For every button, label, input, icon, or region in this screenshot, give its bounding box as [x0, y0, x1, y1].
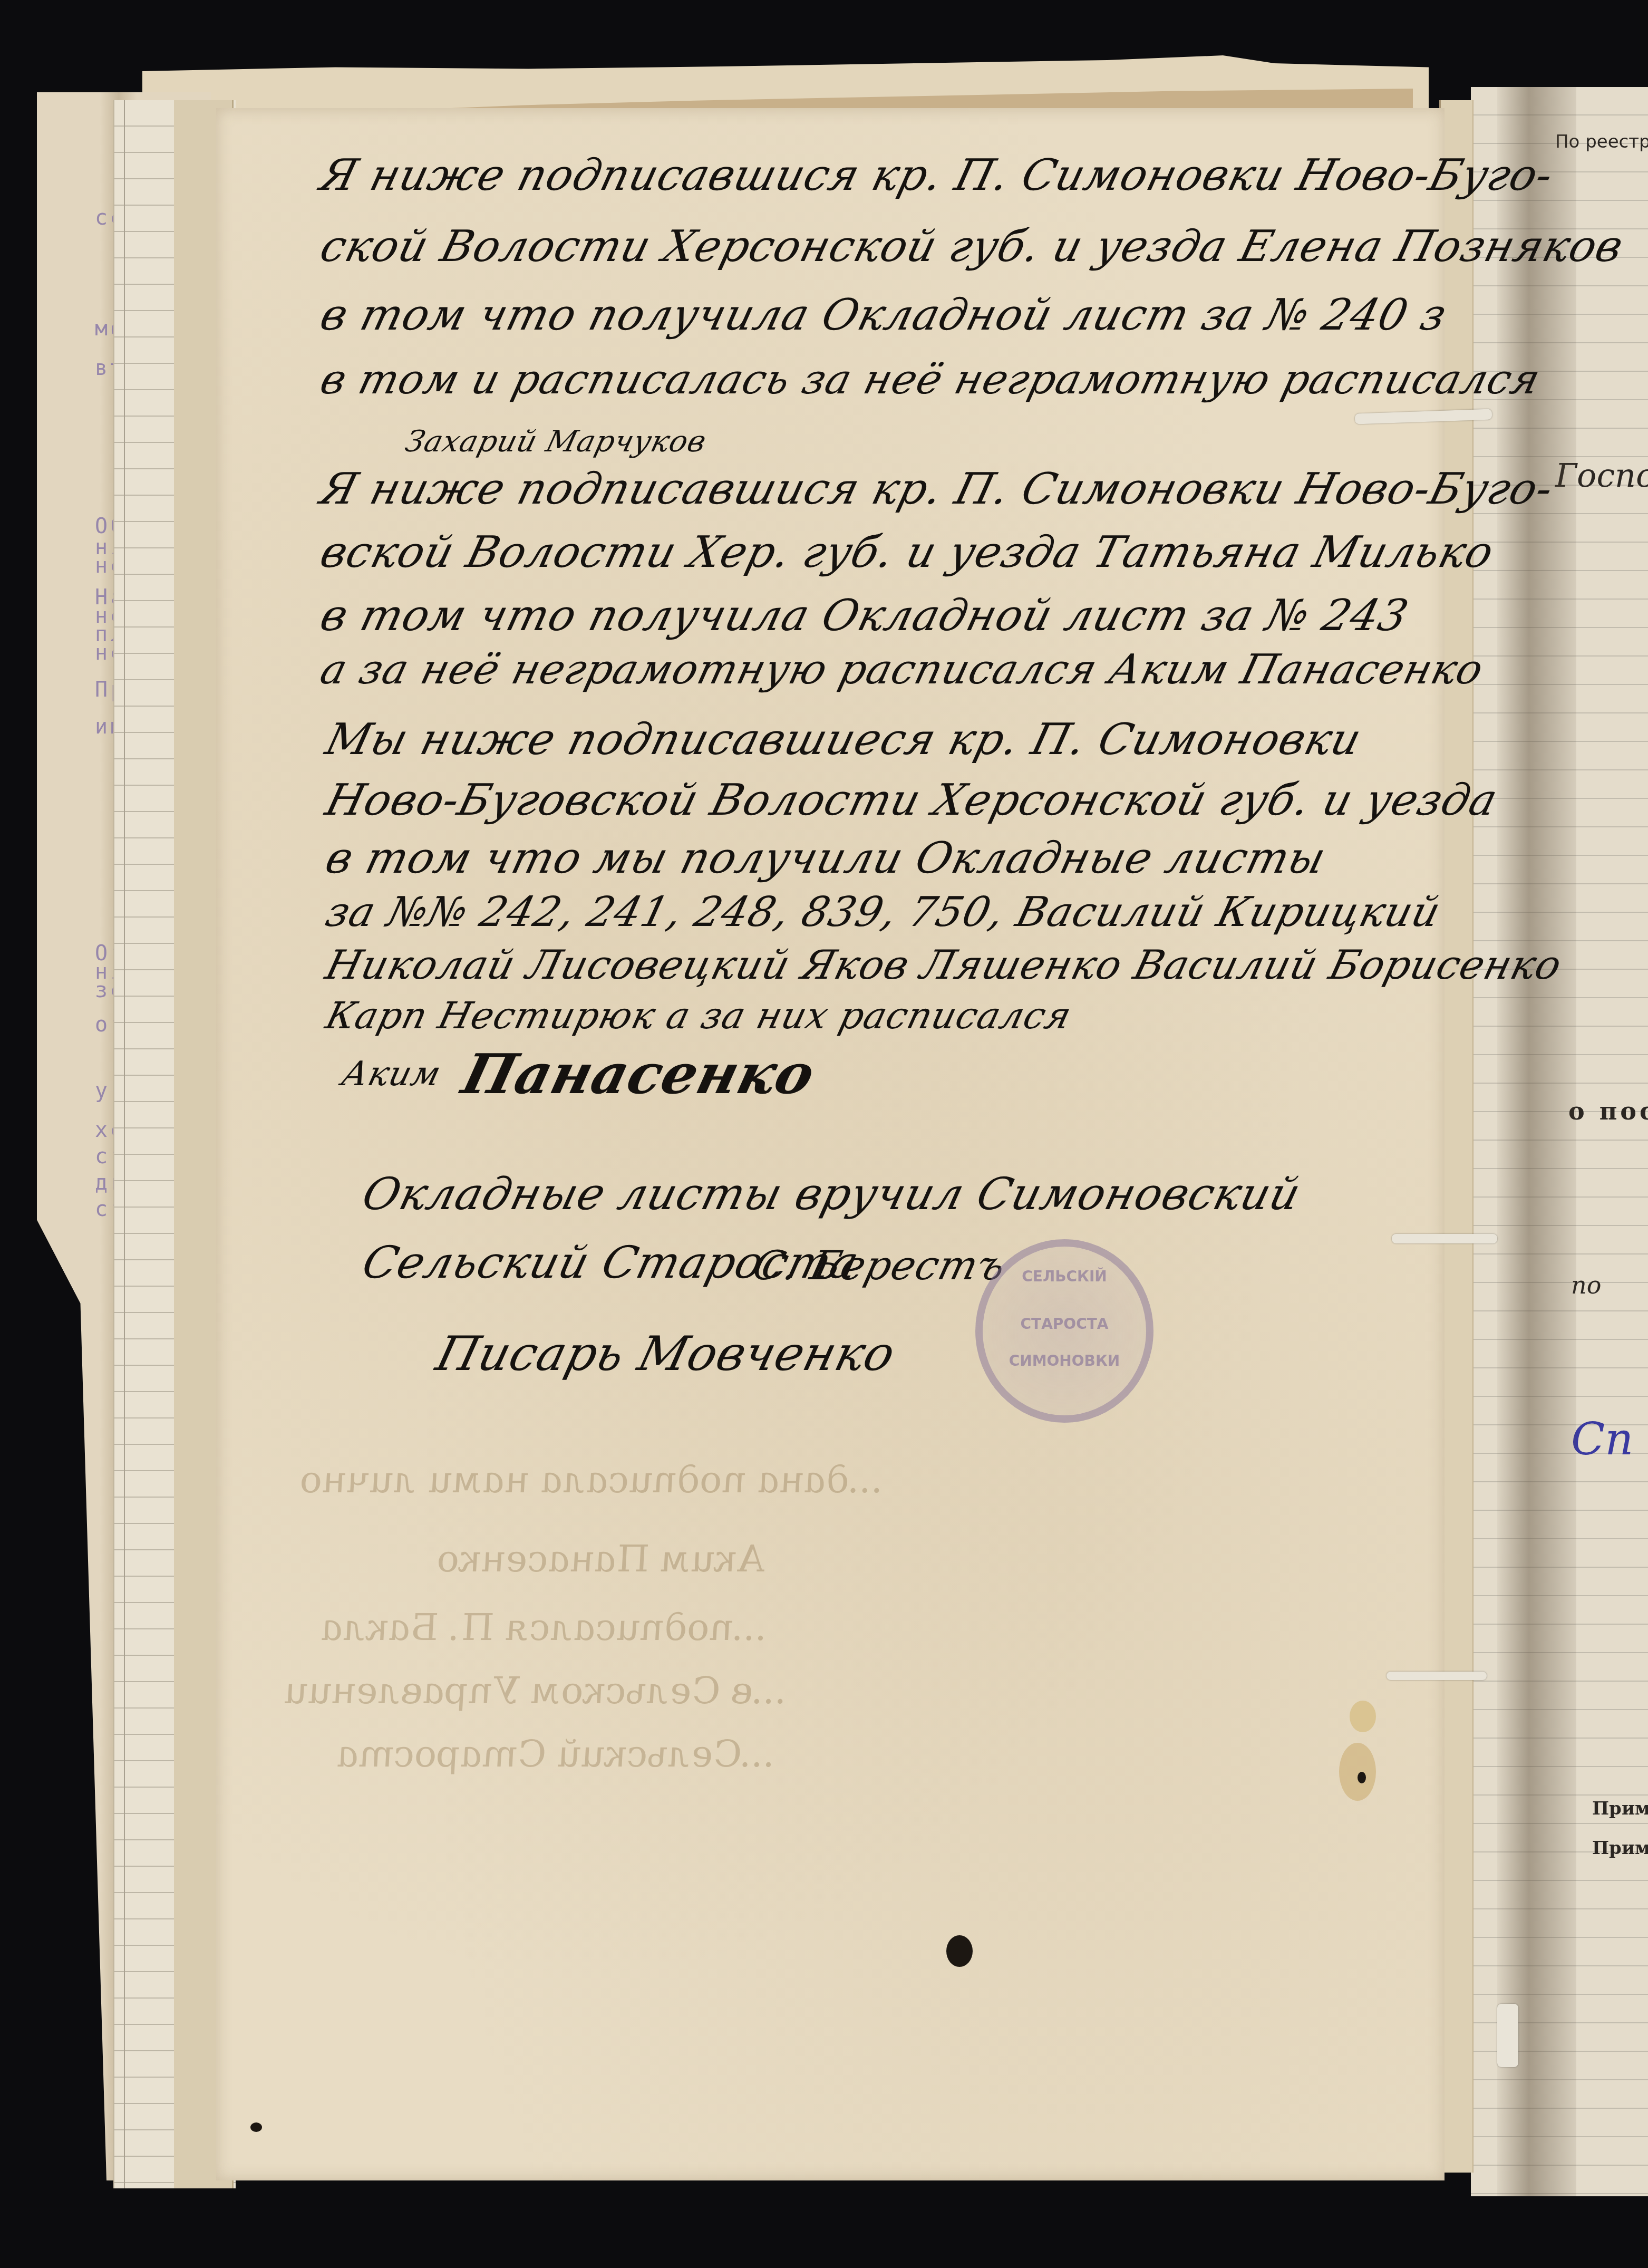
bleed-through-line: ...Сельский Староста: [332, 1732, 782, 1775]
closing-line: Окладные листы вручил Симоновский: [357, 1168, 1306, 1220]
handwritten-line: в том что мы получили Окладные листы: [321, 833, 1331, 883]
binding-string: [1387, 1672, 1487, 1680]
handwritten-line: Мы ниже подписавшиеся кр. П. Симоновки: [321, 715, 1366, 765]
clerk-signature: Писарь Мовченко: [431, 1326, 901, 1382]
handwritten-line: а за неё неграмотную расписался Аким Пан…: [316, 646, 1488, 693]
handwritten-line: за №№ 242, 241, 248, 839, 750, Василий К…: [321, 889, 1446, 936]
handwritten-line: в том что получила Окладной лист за № 24…: [315, 290, 1452, 340]
handwritten-line: в том что получила Окладной лист за № 24…: [315, 591, 1413, 641]
stamp-text: СТАРОСТА: [983, 1315, 1146, 1333]
handwritten-page: ...дана подписала нами лично Аким Панасе…: [216, 108, 1445, 2180]
form-note: Примѣ: [1592, 1798, 1648, 1819]
binding-shadow: [1497, 87, 1576, 2196]
handwritten-line: вской Волости Хер. губ. и уезда Татьяна …: [315, 527, 1499, 577]
form-subtitle: о пос: [1568, 1097, 1648, 1125]
binding-string: [1392, 1234, 1497, 1243]
ink-blot: [946, 1935, 973, 1967]
form-note: Примѣ: [1592, 1838, 1648, 1859]
handwritten-line: Я ниже подписавшися кр. П. Симоновки Нов…: [315, 150, 1558, 200]
typed-fragment: у: [95, 1078, 111, 1103]
bleed-through-line: Аким Панасенко: [432, 1537, 771, 1580]
signature-surname: Панасенко: [456, 1041, 822, 1106]
binding-string: [1497, 2004, 1518, 2067]
stain-spot: [1350, 1701, 1376, 1732]
stain-spot: [1339, 1743, 1376, 1801]
blue-handwriting: Сп: [1571, 1413, 1633, 1465]
handwritten-line: Я ниже подписавшися кр. П. Симоновки Нов…: [315, 464, 1558, 514]
stamp-text: СЕЛЬСКІЙ: [983, 1268, 1146, 1285]
official-stamp: СЕЛЬСКІЙ СТАРОСТА СИМОНОВКИ: [975, 1239, 1153, 1423]
ink-blot: [1358, 1772, 1366, 1783]
handwritten-annotation: Захарий Марчуков: [402, 424, 710, 459]
handwritten-line: Ново-Буговской Волости Херсонской губ. и…: [321, 775, 1502, 825]
handwritten-line: ской Волости Херсонской губ. и уезда Еле…: [315, 221, 1628, 272]
handwritten-line: Карп Нестирюк а за них расписался: [322, 994, 1076, 1037]
elder-signature: С. Берестъ: [748, 1242, 1011, 1289]
ink-blot: [250, 2122, 262, 2132]
signature-first-name: Аким: [338, 1055, 445, 1094]
stamp-text: СИМОНОВКИ: [983, 1352, 1146, 1369]
bleed-through-line: ...подписался П. Бакла: [316, 1606, 774, 1649]
handwritten-line: Николай Лисовецкий Яков Ляшенко Василий …: [321, 941, 1567, 988]
margin-line: [124, 100, 125, 2188]
bleed-through-line: ...в Сельском Управлении: [279, 1669, 794, 1712]
bleed-through-line: ...дана подписала нами лично: [295, 1458, 890, 1501]
handwritten-line: в том и расписалась за неё неграмотную р…: [316, 356, 1545, 403]
